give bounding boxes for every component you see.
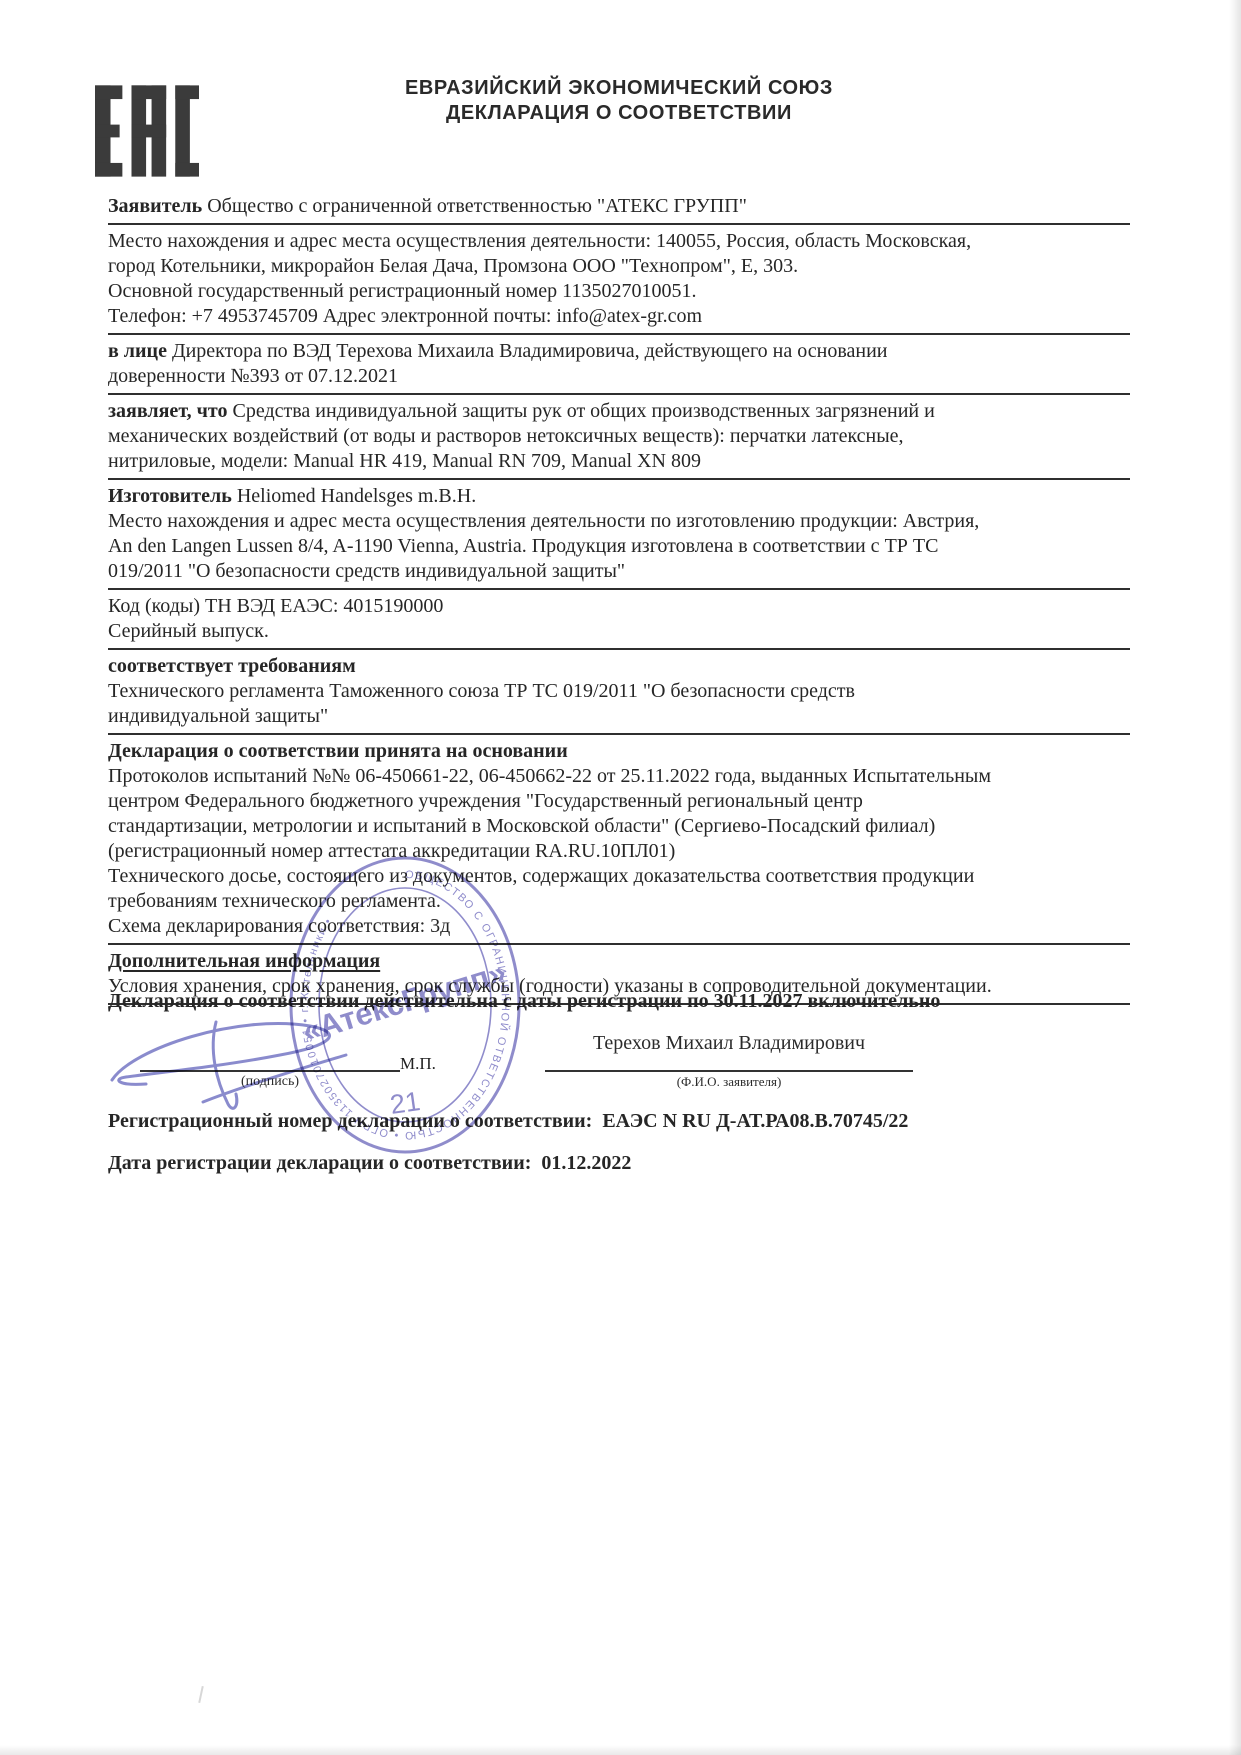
scheme-line: Схема декларирования соответствия: 3д [108, 914, 1130, 939]
section-compliance: соответствует требованиям Технического р… [108, 654, 1130, 735]
test-protocols-line: центром Федерального бюджетного учрежден… [108, 789, 1130, 814]
signature-caption: (подпись) [140, 1074, 400, 1090]
address-line: Место нахождения и адрес места осуществл… [108, 229, 1130, 254]
section-applicant: Заявитель Общество с ограниченной ответс… [108, 194, 1130, 225]
scan-artifact-mark [198, 1686, 203, 1703]
registration-date-label: Дата регистрации декларации о соответств… [108, 1152, 531, 1174]
registration-number-value: ЕАЭС N RU Д-АТ.РА08.В.70745/22 [602, 1110, 908, 1132]
address-line: город Котельники, микрорайон Белая Дача,… [108, 254, 1130, 279]
scan-edge-bottom [0, 1745, 1241, 1755]
declares-label: заявляет, что [108, 400, 227, 422]
representative-label: в лице [108, 340, 167, 362]
manufacturer-label: Изготовитель [108, 485, 232, 507]
section-representative: в лице Директора по ВЭД Терехова Михаила… [108, 339, 1130, 395]
product-desc-line: механических воздействий (от воды и раст… [108, 424, 1130, 449]
declaration-document: ЕВРАЗИЙСКИЙ ЭКОНОМИЧЕСКИЙ СОЮЗ ДЕКЛАРАЦИ… [0, 0, 1241, 1755]
registration-number-line: Регистрационный номер декларации о соотв… [108, 1110, 908, 1133]
product-desc: Средства индивидуальной защиты рук от об… [227, 400, 934, 422]
manufacturer-tr-line: 019/2011 "О безопасности средств индивид… [108, 559, 1130, 584]
tnved-code-line: Код (коды) ТН ВЭД ЕАЭС: 4015190000 [108, 594, 1130, 619]
manufacturer-address-line: Место нахождения и адрес места осуществл… [108, 509, 1130, 534]
name-caption: (Ф.И.О. заявителя) [545, 1074, 913, 1090]
signature-area: (подпись) М.П. Терехов Михаил Владимиров… [108, 1022, 1130, 1110]
applicant-label: Заявитель [108, 195, 202, 217]
dossier-line: требованиям технического регламента. [108, 889, 1130, 914]
representative-value: Директора по ВЭД Терехова Михаила Владим… [167, 340, 888, 362]
registration-number-label: Регистрационный номер декларации о соотв… [108, 1110, 592, 1132]
title-union: ЕВРАЗИЙСКИЙ ЭКОНОМИЧЕСКИЙ СОЮЗ [108, 76, 1130, 101]
signature-line [140, 1070, 400, 1072]
product-models-line: нитриловые, модели: Manual HR 419, Manua… [108, 449, 1130, 474]
document-title: ЕВРАЗИЙСКИЙ ЭКОНОМИЧЕСКИЙ СОЮЗ ДЕКЛАРАЦИ… [108, 76, 1130, 126]
section-code: Код (коды) ТН ВЭД ЕАЭС: 4015190000 Серий… [108, 594, 1130, 650]
seal-place-label: М.П. [400, 1054, 436, 1074]
document-body: Заявитель Общество с ограниченной ответс… [108, 194, 1130, 1009]
applicant-value: Общество с ограниченной ответственностью… [202, 195, 747, 217]
title-doc-type: ДЕКЛАРАЦИЯ О СООТВЕТСТВИИ [108, 101, 1130, 126]
registration-date-value: 01.12.2022 [541, 1152, 631, 1174]
scan-edge-right [1229, 0, 1241, 1755]
compliance-heading: соответствует требованиям [108, 654, 1130, 679]
accreditation-line: (регистрационный номер аттестата аккреди… [108, 839, 1130, 864]
manufacturer-address-line: An den Langen Lussen 8/4, A-1190 Vienna,… [108, 534, 1130, 559]
section-manufacturer: Изготовитель Heliomed Handelsges m.B.H. … [108, 484, 1130, 590]
additional-info-heading: Дополнительная информация [108, 949, 380, 974]
basis-heading: Декларация о соответствии принята на осн… [108, 739, 1130, 764]
validity-statement: Декларация о соответствии действительна … [108, 990, 1130, 1013]
manufacturer-name: Heliomed Handelsges m.B.H. [232, 485, 476, 507]
section-product: заявляет, что Средства индивидуальной за… [108, 399, 1130, 480]
section-applicant-address: Место нахождения и адрес места осуществл… [108, 229, 1130, 335]
test-protocols-line: стандартизации, метрологии и испытаний в… [108, 814, 1130, 839]
power-of-attorney-line: доверенности №393 от 07.12.2021 [108, 364, 1130, 389]
serial-release-line: Серийный выпуск. [108, 619, 1130, 644]
compliance-line: индивидуальной защиты" [108, 704, 1130, 729]
section-basis: Декларация о соответствии принята на осн… [108, 739, 1130, 945]
applicant-full-name: Терехов Михаил Владимирович [545, 1032, 913, 1055]
phone-email-line: Телефон: +7 4953745709 Адрес электронной… [108, 304, 1130, 329]
name-line [545, 1070, 913, 1072]
registration-date-line: Дата регистрации декларации о соответств… [108, 1152, 631, 1175]
ogrn-line: Основной государственный регистрационный… [108, 279, 1130, 304]
test-protocols-line: Протоколов испытаний №№ 06-450661-22, 06… [108, 764, 1130, 789]
dossier-line: Технического досье, состоящего из докуме… [108, 864, 1130, 889]
compliance-line: Технического регламента Таможенного союз… [108, 679, 1130, 704]
